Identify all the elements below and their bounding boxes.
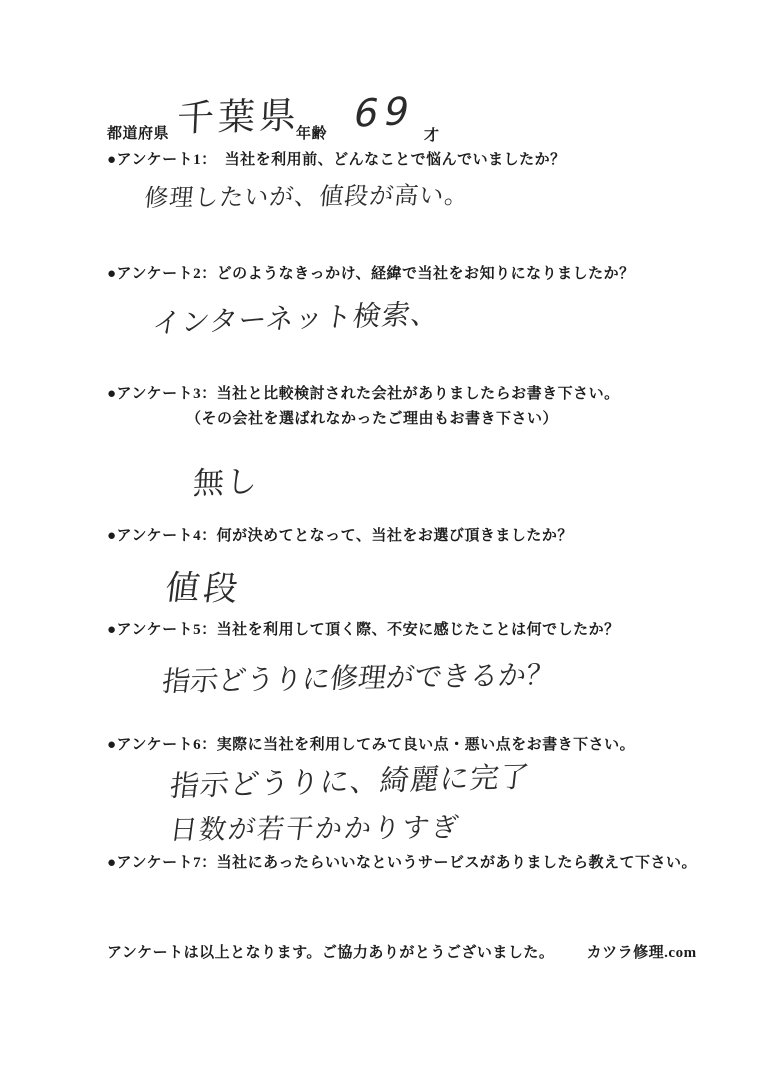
survey-scan-page: 都道府県 千葉県 年齢 69 才 ●アンケート1： 当社を利用前、どんなことで悩…	[0, 0, 764, 1080]
question-6-title: ●アンケート6：実際に当社を利用してみて良い点・悪い点をお書き下さい。	[107, 733, 635, 754]
question-6-handwritten-answer-line1: 指示どうりに、綺麗に完了	[168, 754, 533, 805]
question-3-title: ●アンケート3：当社と比較検討された会社がありましたらお書き下さい。	[107, 382, 620, 403]
question-2-handwritten-answer: インターネット検索、	[150, 292, 443, 342]
question-4-handwritten-answer: 値段	[163, 560, 245, 610]
prefecture-label: 都道府県	[107, 122, 169, 143]
footer-brand-name: カツラ修理.com	[587, 945, 697, 961]
question-1-handwritten-answer: 修理したいが、値段が高い。	[143, 175, 471, 213]
age-suffix-label: 才	[424, 124, 440, 145]
footer: アンケートは以上となります。ご協力ありがとうございました。 カツラ修理.com	[107, 941, 697, 962]
question-7-title: ●アンケート7：当社にあったらいいなというサービスがありましたら教えて下さい。	[107, 851, 697, 872]
question-1-title: ●アンケート1： 当社を利用前、どんなことで悩んでいましたか？	[107, 148, 566, 169]
question-2-title: ●アンケート2：どのようなきっかけ、経緯で当社をお知りになりましたか？	[107, 262, 635, 283]
question-6-handwritten-answer-line2: 日数が若干かかりすぎ	[168, 805, 463, 847]
prefecture-handwritten-value: 千葉県	[176, 85, 301, 142]
question-3-note: （その会社を選ばれなかったご理由もお書き下さい）	[186, 407, 558, 428]
question-3-handwritten-answer: 無し	[192, 456, 260, 503]
age-handwritten-value: 69	[350, 88, 419, 136]
question-4-title: ●アンケート4：何が決めてとなって、当社をお選び頂きましたか？	[107, 524, 573, 545]
age-label: 年齢	[296, 122, 327, 143]
footer-closing-text: アンケートは以上となります。ご協力ありがとうございました。	[107, 945, 554, 961]
question-5-handwritten-answer: 指示どうりに修理ができるか？	[160, 653, 557, 700]
question-5-title: ●アンケート5：当社を利用して頂く際、不安に感じたことは何でしたか？	[107, 618, 620, 639]
